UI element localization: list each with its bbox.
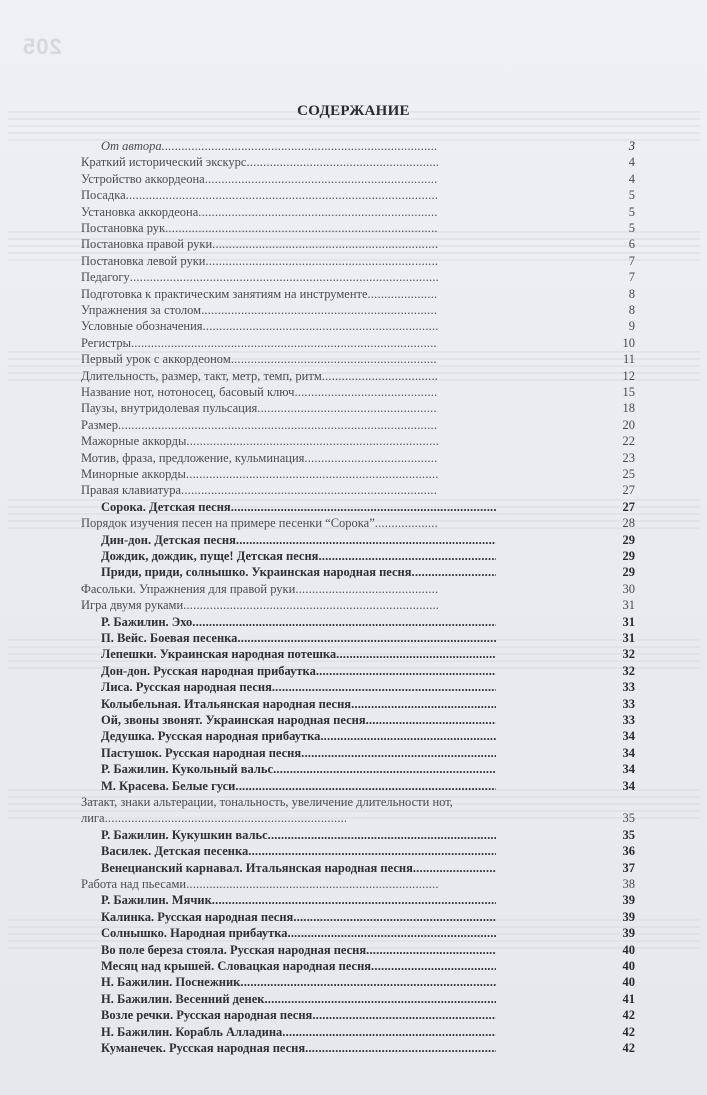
toc-entry[interactable]: Паузы, внутридолевая пульсация..........… bbox=[0, 400, 707, 416]
toc-page-number: 5 bbox=[629, 220, 635, 236]
toc-entry-label: Постановка правой руки..................… bbox=[81, 236, 438, 252]
toc-entry-label: Паузы, внутридолевая пульсация..........… bbox=[81, 400, 438, 416]
dot-leader: ........................................… bbox=[237, 631, 496, 645]
toc-entry[interactable]: Название нот, нотоносец, басовый ключ...… bbox=[0, 384, 707, 400]
dot-leader: ........................................… bbox=[186, 877, 438, 891]
toc-page-number: 41 bbox=[623, 991, 636, 1007]
toc-page-number: 33 bbox=[623, 712, 636, 728]
dot-leader: ........................................… bbox=[240, 975, 496, 989]
toc-page-number: 5 bbox=[629, 204, 635, 220]
dot-leader: ........................................… bbox=[118, 418, 438, 432]
toc-page-number: 34 bbox=[623, 745, 636, 761]
dot-leader: ........................................… bbox=[412, 565, 496, 579]
toc-page-number: 5 bbox=[629, 187, 635, 203]
toc-page-number: 36 bbox=[623, 843, 636, 859]
toc-entry[interactable]: Игра двумя руками.......................… bbox=[0, 597, 707, 613]
toc-entry-label: Регистры................................… bbox=[81, 335, 438, 351]
book-page: 205 СОДЕРЖАНИЕ От автора................… bbox=[0, 0, 707, 1095]
dot-leader: ........................................… bbox=[231, 500, 496, 514]
toc-entry-song[interactable]: Дождик, дождик, пуще! Детская песня.....… bbox=[0, 548, 707, 564]
dot-leader: ........................................… bbox=[413, 861, 496, 875]
toc-page-number: 35 bbox=[623, 810, 636, 826]
toc-page-number: 30 bbox=[623, 581, 636, 597]
toc-entry-label: Р. Бажилин. Кукушкин вальс..............… bbox=[101, 827, 496, 843]
dot-leader: ........................................… bbox=[192, 615, 496, 629]
toc-page-number: 28 bbox=[623, 515, 636, 531]
toc-page-number: 38 bbox=[623, 876, 636, 892]
toc-entry-label: Р. Бажилин. Мячик.......................… bbox=[101, 892, 496, 908]
toc-entry[interactable]: Устройство аккордеона...................… bbox=[0, 171, 707, 187]
dot-leader: ........................................… bbox=[201, 303, 438, 317]
dot-leader: ........................................… bbox=[375, 516, 438, 530]
toc-page-number: 8 bbox=[629, 302, 635, 318]
toc-page-number: 33 bbox=[623, 679, 636, 695]
toc-entry[interactable]: Постановка рук..........................… bbox=[0, 220, 707, 236]
toc-entry[interactable]: Правая клавиатура.......................… bbox=[0, 482, 707, 498]
toc-entry-song[interactable]: Лепешки. Украинская народная потешка....… bbox=[0, 646, 707, 662]
toc-entry-song[interactable]: Лиса. Русская народная песня............… bbox=[0, 679, 707, 695]
dot-leader: ........................................… bbox=[312, 1008, 496, 1022]
toc-page-number: 29 bbox=[623, 532, 636, 548]
toc-entry-song[interactable]: Р. Бажилин. Мячик.......................… bbox=[0, 892, 707, 908]
toc-page-number: 40 bbox=[623, 974, 636, 990]
toc-entry-label: Постановка левой руки...................… bbox=[81, 253, 438, 269]
toc-entry-label: Упражнения за столом....................… bbox=[81, 302, 438, 318]
toc-page-number: 25 bbox=[623, 466, 636, 482]
toc-entry[interactable]: Подготовка к практическим занятиям на ин… bbox=[0, 286, 707, 302]
toc-page-number: 31 bbox=[623, 597, 636, 613]
toc-page-number: 31 bbox=[623, 614, 636, 630]
show-through-page-number: 205 bbox=[22, 34, 62, 60]
toc-entry-label: Сорока. Детская песня...................… bbox=[101, 499, 496, 515]
toc-entry-song[interactable]: Дин-дон. Детская песня..................… bbox=[0, 532, 707, 548]
toc-entry-label: П. Вейс. Боевая песенка.................… bbox=[101, 630, 496, 646]
toc-entry[interactable]: От автора...............................… bbox=[0, 138, 707, 154]
toc-entry-song[interactable]: Дедушка. Русская народная прибаутка.....… bbox=[0, 728, 707, 744]
toc-entry[interactable]: Краткий исторический экскурс............… bbox=[0, 154, 707, 170]
toc-entry-label: Постановка рук..........................… bbox=[81, 220, 438, 236]
toc-entry-label: Месяц над крышей. Словацкая народная пес… bbox=[101, 958, 496, 974]
toc-page-number: 35 bbox=[623, 827, 636, 843]
toc-page-number: 10 bbox=[623, 335, 636, 351]
dot-leader: ........................................… bbox=[371, 959, 496, 973]
page-title: СОДЕРЖАНИЕ bbox=[0, 103, 707, 120]
toc-entry-label: От автора...............................… bbox=[101, 138, 438, 154]
dot-leader: ........................................… bbox=[183, 598, 438, 612]
toc-page-number: 6 bbox=[629, 236, 635, 252]
dot-leader: ........................................… bbox=[181, 483, 438, 497]
dot-leader: ........................................… bbox=[126, 188, 438, 202]
toc-entry[interactable]: Длительность, размер, такт, метр, темп, … bbox=[0, 368, 707, 384]
dot-leader: ........................................… bbox=[248, 844, 496, 858]
toc-page-number: 34 bbox=[623, 761, 636, 777]
toc-entry-label: Правая клавиатура.......................… bbox=[81, 482, 438, 498]
toc-entry-song[interactable]: Солнышко. Народная прибаутка............… bbox=[0, 925, 707, 941]
toc-page-number: 34 bbox=[623, 778, 636, 794]
dot-leader: ........................................… bbox=[165, 221, 438, 235]
dot-leader: ........................................… bbox=[257, 401, 438, 415]
toc-entry-label: Василек. Детская песенка................… bbox=[101, 843, 496, 859]
dot-leader: ........................................… bbox=[304, 451, 438, 465]
toc-entry-label: Возле речки. Русская народная песня.....… bbox=[101, 1007, 496, 1023]
toc-entry-label: Первый урок с аккордеоном...............… bbox=[81, 351, 438, 367]
toc-page-number: 8 bbox=[629, 286, 635, 302]
toc-entry-continuation[interactable]: лига....................................… bbox=[0, 810, 707, 826]
dot-leader: ........................................… bbox=[212, 237, 438, 251]
toc-entry-song[interactable]: Р. Бажилин. Кукушкин вальс..............… bbox=[0, 827, 707, 843]
toc-entry-label: Работа над пьесами......................… bbox=[81, 876, 438, 892]
toc-page-number: 40 bbox=[623, 958, 636, 974]
toc-entry-song[interactable]: Дон-дон. Русская народная прибаутка.....… bbox=[0, 663, 707, 679]
dot-leader: ........................................… bbox=[162, 139, 438, 153]
toc-entry-label: Краткий исторический экскурс............… bbox=[81, 154, 438, 170]
toc-page-number: 39 bbox=[623, 925, 636, 941]
toc-page-number: 40 bbox=[623, 942, 636, 958]
toc-entry[interactable]: Порядок изучения песен на примере песенк… bbox=[0, 515, 707, 531]
toc-page-number: 7 bbox=[629, 253, 635, 269]
toc-entry[interactable]: Постановка правой руки..................… bbox=[0, 236, 707, 252]
toc-entry-song[interactable]: Пастушок. Русская народная песня........… bbox=[0, 745, 707, 761]
toc-page-number: 3 bbox=[629, 138, 635, 154]
dot-leader: ........................................… bbox=[301, 746, 496, 760]
toc-entry-label: Венецианский карнавал. Итальянская народ… bbox=[101, 860, 496, 876]
toc-entry[interactable]: Регистры................................… bbox=[0, 335, 707, 351]
toc-entry-label: Лиса. Русская народная песня............… bbox=[101, 679, 496, 695]
toc-entry-label: Порядок изучения песен на примере песенк… bbox=[81, 515, 438, 531]
dot-leader: ........................................… bbox=[236, 533, 496, 547]
toc-entry[interactable]: Фасольки. Упражнения для правой руки....… bbox=[0, 581, 707, 597]
toc-entry-label: Р. Бажилин. Кукольный вальс.............… bbox=[101, 761, 496, 777]
toc-page-number: 32 bbox=[623, 663, 636, 679]
toc-entry-song[interactable]: П. Вейс. Боевая песенка.................… bbox=[0, 630, 707, 646]
toc-page-number: 7 bbox=[629, 269, 635, 285]
toc-entry-label: Приди, приди, солнышко. Украинская народ… bbox=[101, 564, 496, 580]
toc-entry-label: Игра двумя руками.......................… bbox=[81, 597, 438, 613]
dot-leader: ........................................… bbox=[264, 992, 496, 1006]
toc-page-number: 23 bbox=[623, 450, 636, 466]
toc-page-number: 29 bbox=[623, 548, 636, 564]
toc-entry-label: Колыбельная. Итальянская народная песня.… bbox=[101, 696, 496, 712]
toc-entry-song[interactable]: Р. Бажилин. Кукольный вальс.............… bbox=[0, 761, 707, 777]
toc-page-number: 42 bbox=[623, 1007, 636, 1023]
toc-entry-label: Мажорные аккорды........................… bbox=[81, 433, 438, 449]
toc-page-number: 34 bbox=[623, 728, 636, 744]
toc-entry-label: Дин-дон. Детская песня..................… bbox=[101, 532, 496, 548]
toc-entry-label: Посадка.................................… bbox=[81, 187, 438, 203]
toc-entry[interactable]: Минорные аккорды........................… bbox=[0, 466, 707, 482]
toc-entry-label: Калинка. Русская народная песня.........… bbox=[101, 909, 496, 925]
dot-leader: ........................................… bbox=[186, 467, 438, 481]
toc-entry-label: Солнышко. Народная прибаутка............… bbox=[101, 925, 496, 941]
toc-entry-label: Фасольки. Упражнения для правой руки....… bbox=[81, 581, 438, 597]
dot-leader: ........................................… bbox=[320, 729, 496, 743]
toc-entry-song[interactable]: Н. Бажилин. Весенний денек..............… bbox=[0, 991, 707, 1007]
toc-entry-song[interactable]: Калинка. Русская народная песня.........… bbox=[0, 909, 707, 925]
toc-entry-song[interactable]: Сорока. Детская песня...................… bbox=[0, 499, 707, 515]
toc-entry-song[interactable]: Месяц над крышей. Словацкая народная пес… bbox=[0, 958, 707, 974]
toc-page-number: 12 bbox=[623, 368, 636, 384]
toc-entry-label: Устройство аккордеона...................… bbox=[81, 171, 438, 187]
toc-page-number: 4 bbox=[629, 171, 635, 187]
toc-entry-song[interactable]: Василек. Детская песенка................… bbox=[0, 843, 707, 859]
dot-leader: ........................................… bbox=[205, 254, 438, 268]
toc-entry-label: М. Красева. Белые гуси..................… bbox=[101, 778, 496, 794]
toc-entry-label: Пастушок. Русская народная песня........… bbox=[101, 745, 496, 761]
toc-entry-song[interactable]: Возле речки. Русская народная песня.....… bbox=[0, 1007, 707, 1023]
toc-entry-label: Минорные аккорды........................… bbox=[81, 466, 438, 482]
dot-leader: ........................................… bbox=[231, 352, 438, 366]
toc-entry-song[interactable]: Во поле береза стояла. Русская народная … bbox=[0, 942, 707, 958]
toc-entry-song[interactable]: М. Красева. Белые гуси..................… bbox=[0, 778, 707, 794]
dot-leader: ........................................… bbox=[272, 680, 496, 694]
toc-entry-label: Куманечек. Русская народная песня.......… bbox=[101, 1040, 496, 1056]
toc-page-number: 33 bbox=[623, 696, 636, 712]
toc-entry-label: Дон-дон. Русская народная прибаутка.....… bbox=[101, 663, 496, 679]
toc-entry-label: Мотив, фраза, предложение, кульминация..… bbox=[81, 450, 438, 466]
toc-entry-song[interactable]: Приди, приди, солнышко. Украинская народ… bbox=[0, 564, 707, 580]
toc-entry-label: Затакт, знаки альтерации, тональность, у… bbox=[81, 794, 501, 810]
toc-entry-label: Название нот, нотоносец, басовый ключ...… bbox=[81, 384, 438, 400]
dot-leader: ........................................… bbox=[316, 664, 496, 678]
dot-leader: ........................................… bbox=[295, 582, 438, 596]
toc-page-number: 20 bbox=[623, 417, 636, 433]
dot-leader: ........................................… bbox=[203, 319, 438, 333]
dot-leader: ........................................… bbox=[366, 943, 496, 957]
toc-page-number: 39 bbox=[623, 909, 636, 925]
dot-leader: ........................................… bbox=[268, 828, 496, 842]
toc-entry-song[interactable]: Колыбельная. Итальянская народная песня.… bbox=[0, 696, 707, 712]
dot-leader: ........................................… bbox=[293, 910, 496, 924]
toc-entry[interactable]: Педагогу................................… bbox=[0, 269, 707, 285]
toc-entry-label: Н. Бажилин. Корабль Алладина............… bbox=[101, 1024, 496, 1040]
dot-leader: ........................................… bbox=[212, 893, 496, 907]
toc-entry-label: Лепешки. Украинская народная потешка....… bbox=[101, 646, 496, 662]
toc-entry-label: Длительность, размер, такт, метр, темп, … bbox=[81, 368, 438, 384]
dot-leader: ........................................… bbox=[273, 762, 496, 776]
toc-entry-label: Н. Бажилин. Весенний денек..............… bbox=[101, 991, 496, 1007]
toc-entry[interactable]: Условные обозначения....................… bbox=[0, 318, 707, 334]
toc-page-number: 9 bbox=[629, 318, 635, 334]
toc-page-number: 39 bbox=[623, 892, 636, 908]
toc-entry-song[interactable]: Куманечек. Русская народная песня.......… bbox=[0, 1040, 707, 1056]
dot-leader: ........................................… bbox=[288, 926, 496, 940]
toc-entry[interactable]: Затакт, знаки альтерации, тональность, у… bbox=[0, 794, 707, 810]
dot-leader: ........................................… bbox=[246, 155, 438, 169]
dot-leader: ........................................… bbox=[318, 549, 496, 563]
dot-leader: ........................................… bbox=[322, 369, 438, 383]
toc-entry-label: Н. Бажилин. Поснежник...................… bbox=[101, 974, 496, 990]
toc-entry-label: Установка аккордеона....................… bbox=[81, 204, 438, 220]
toc-entry[interactable]: Посадка.................................… bbox=[0, 187, 707, 203]
toc-entry-label: Во поле береза стояла. Русская народная … bbox=[101, 942, 496, 958]
dot-leader: ........................................… bbox=[366, 713, 496, 727]
toc-entry-label: Дедушка. Русская народная прибаутка.....… bbox=[101, 728, 496, 744]
toc-entry-label: лига....................................… bbox=[81, 810, 346, 826]
toc-entry-song[interactable]: Н. Бажилин. Корабль Алладина............… bbox=[0, 1024, 707, 1040]
toc-page-number: 4 bbox=[629, 154, 635, 170]
dot-leader: ........................................… bbox=[282, 1025, 496, 1039]
toc-entry-label: Ой, звоны звонят. Украинская народная пе… bbox=[101, 712, 496, 728]
toc-entry[interactable]: Мотив, фраза, предложение, кульминация..… bbox=[0, 450, 707, 466]
toc-page-number: 18 bbox=[623, 400, 636, 416]
toc-page-number: 22 bbox=[623, 433, 636, 449]
toc-entry-label: Подготовка к практическим занятиям на ин… bbox=[81, 286, 438, 302]
toc-page-number: 27 bbox=[623, 482, 636, 498]
toc-page-number: 37 bbox=[623, 860, 636, 876]
dot-leader: ........................................… bbox=[205, 172, 438, 186]
toc-entry-song[interactable]: Р. Бажилин. Эхо.........................… bbox=[0, 614, 707, 630]
toc-entry[interactable]: Упражнения за столом....................… bbox=[0, 302, 707, 318]
toc-page-number: 32 bbox=[623, 646, 636, 662]
toc-entry-song[interactable]: Ой, звоны звонят. Украинская народная пе… bbox=[0, 712, 707, 728]
toc-entry-song[interactable]: Н. Бажилин. Поснежник...................… bbox=[0, 974, 707, 990]
dot-leader: ........................................… bbox=[130, 270, 438, 284]
toc-entry[interactable]: Работа над пьесами......................… bbox=[0, 876, 707, 892]
dot-leader: ........................................… bbox=[198, 205, 438, 219]
toc-page-number: 15 bbox=[623, 384, 636, 400]
dot-leader: ........................................… bbox=[351, 697, 496, 711]
toc-entry-label: Р. Бажилин. Эхо.........................… bbox=[101, 614, 496, 630]
dot-leader: ........................................… bbox=[368, 287, 438, 301]
toc-entry-label: Условные обозначения....................… bbox=[81, 318, 438, 334]
toc-page-number: 42 bbox=[623, 1040, 636, 1056]
toc-entry[interactable]: Установка аккордеона....................… bbox=[0, 204, 707, 220]
toc-entry[interactable]: Постановка левой руки...................… bbox=[0, 253, 707, 269]
toc-entry-label: Дождик, дождик, пуще! Детская песня.....… bbox=[101, 548, 496, 564]
dot-leader: ........................................… bbox=[294, 385, 438, 399]
dot-leader: ........................................… bbox=[336, 647, 496, 661]
toc-entry-song[interactable]: Венецианский карнавал. Итальянская народ… bbox=[0, 860, 707, 876]
toc-entry-label: Педагогу................................… bbox=[81, 269, 438, 285]
dot-leader: ........................................… bbox=[186, 434, 438, 448]
toc-entry-label: Размер..................................… bbox=[81, 417, 438, 433]
dot-leader: ........................................… bbox=[305, 1041, 496, 1055]
toc-page-number: 27 bbox=[623, 499, 636, 515]
dot-leader: ........................................… bbox=[131, 336, 438, 350]
toc-page-number: 42 bbox=[623, 1024, 636, 1040]
dot-leader: ........................................… bbox=[235, 779, 496, 793]
toc-page-number: 31 bbox=[623, 630, 636, 646]
toc-entry[interactable]: Размер..................................… bbox=[0, 417, 707, 433]
toc-page-number: 11 bbox=[623, 351, 635, 367]
toc-entry[interactable]: Первый урок с аккордеоном...............… bbox=[0, 351, 707, 367]
toc-entry[interactable]: Мажорные аккорды........................… bbox=[0, 433, 707, 449]
toc-page-number: 29 bbox=[623, 564, 636, 580]
